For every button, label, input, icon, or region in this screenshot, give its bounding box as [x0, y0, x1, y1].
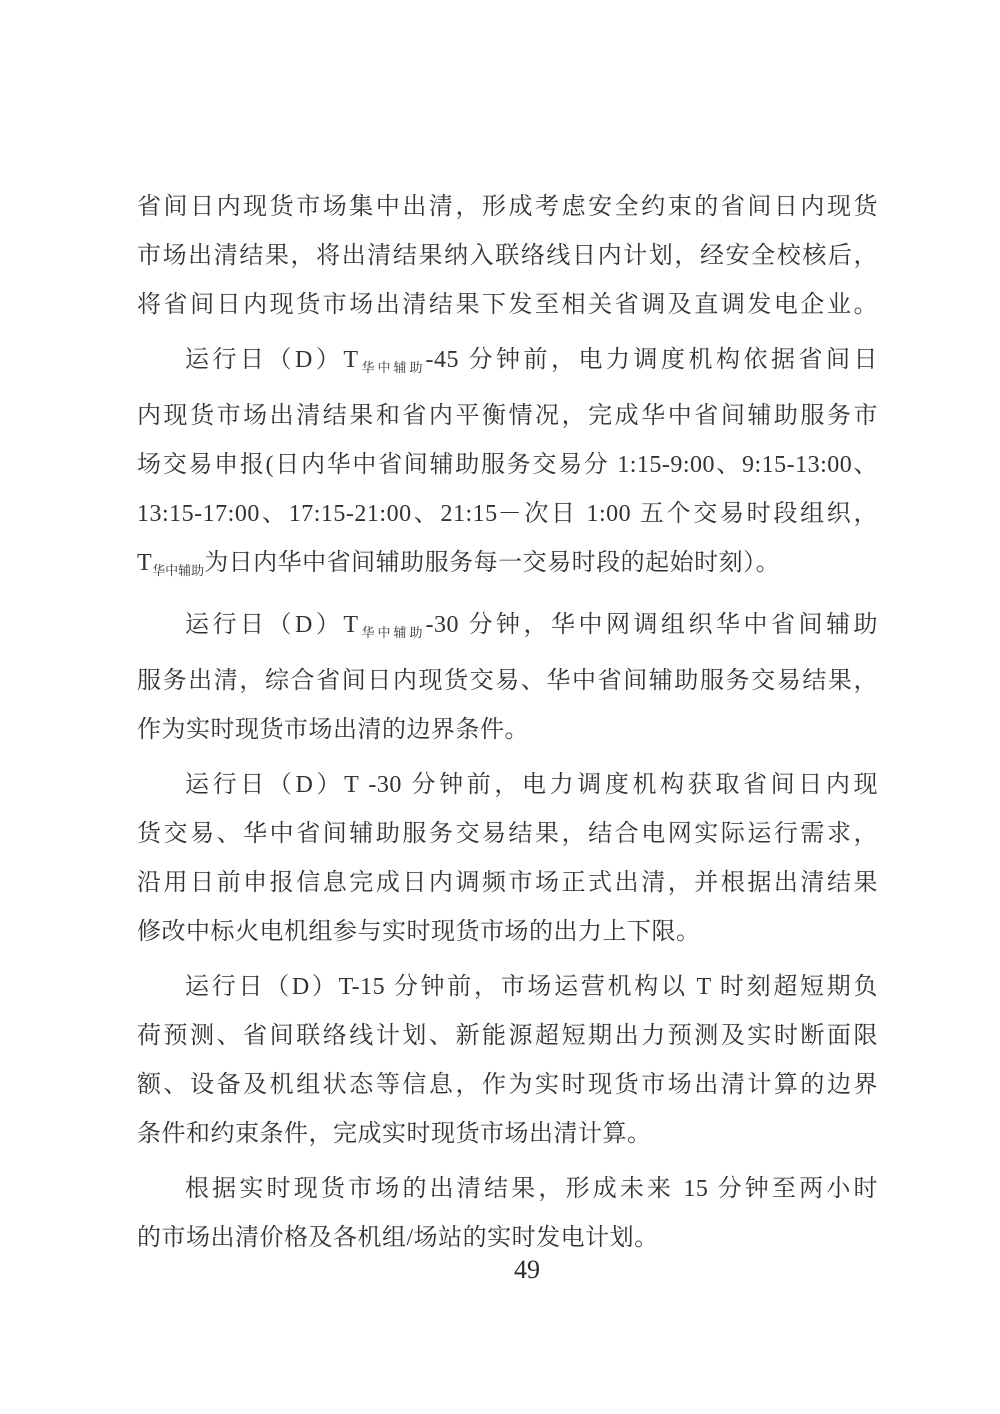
text-line: 沿用日前申报信息完成日内调频市场正式出清，并根据出清结果 [137, 859, 878, 908]
text-line: 运行日（D）T华中辅助-45 分钟前，电力调度机构依据省间日 [137, 336, 878, 392]
text-line: 运行日（D）T华中辅助-30 分钟，华中网调组织华中省间辅助 [137, 601, 878, 657]
text-line: 修改中标火电机组参与实时现货市场的出力上下限。 [137, 908, 878, 957]
document-page: 省间日内现货市场集中出清，形成考虑安全约束的省间日内现货 市场出清结果，将出清结… [0, 0, 1000, 1414]
subscript-text: 华中辅助 [152, 563, 204, 578]
text-line: 市场出清结果，将出清结果纳入联络线日内计划，经安全校核后， [137, 232, 878, 281]
text-line: 将省间日内现货市场出清结果下发至相关省调及直调发电企业。 [137, 281, 878, 330]
text-run: 运行日（D）T [185, 347, 359, 373]
text-line: 运行日（D）T-15 分钟前，市场运营机构以 T 时刻超短期负 [137, 963, 878, 1012]
text-line: 荷预测、省间联络线计划、新能源超短期出力预测及实时断面限 [137, 1012, 878, 1061]
text-line: 货交易、华中省间辅助服务交易结果，结合电网实际运行需求， [137, 810, 878, 859]
text-line: T华中辅助为日内华中省间辅助服务每一交易时段的起始时刻）。 [137, 539, 878, 595]
text-block: 省间日内现货市场集中出清，形成考虑安全约束的省间日内现货 市场出清结果，将出清结… [137, 183, 878, 1269]
text-run: -30 分钟，华中网调组织华中省间辅助 [426, 612, 878, 638]
text-line: 运行日（D）T -30 分钟前，电力调度机构获取省间日内现 [137, 761, 878, 810]
text-line: 额、设备及机组状态等信息，作为实时现货市场出清计算的边界 [137, 1061, 878, 1110]
text-line: 服务出清，综合省间日内现货交易、华中省间辅助服务交易结果， [137, 657, 878, 706]
text-run: 运行日（D）T [185, 612, 359, 638]
page-number: 49 [0, 1250, 1000, 1290]
paragraph: 运行日（D）T -30 分钟前，电力调度机构获取省间日内现 货交易、华中省间辅助… [137, 761, 878, 957]
text-line: 条件和约束条件，完成实时现货市场出清计算。 [137, 1110, 878, 1159]
text-run: 为日内华中省间辅助服务每一交易时段的起始时刻）。 [204, 550, 780, 576]
text-line: 内现货市场出清结果和省内平衡情况，完成华中省间辅助服务市 [137, 392, 878, 441]
paragraph: 根据实时现货市场的出清结果，形成未来 15 分钟至两小时 的市场出清价格及各机组… [137, 1165, 878, 1263]
text-line: 场交易申报(日内华中省间辅助服务交易分 1:15-9:00、9:15-13:00… [137, 441, 878, 490]
text-run: -45 分钟前，电力调度机构依据省间日 [426, 347, 878, 373]
paragraph: 运行日（D）T华中辅助-30 分钟，华中网调组织华中省间辅助 服务出清，综合省间… [137, 601, 878, 755]
text-run: T [137, 550, 152, 576]
subscript-text: 华中辅助 [359, 625, 426, 640]
text-line: 省间日内现货市场集中出清，形成考虑安全约束的省间日内现货 [137, 183, 878, 232]
subscript-text: 华中辅助 [359, 360, 426, 375]
paragraph: 省间日内现货市场集中出清，形成考虑安全约束的省间日内现货 市场出清结果，将出清结… [137, 183, 878, 330]
text-line: 作为实时现货市场出清的边界条件。 [137, 706, 878, 755]
paragraph: 运行日（D）T-15 分钟前，市场运营机构以 T 时刻超短期负 荷预测、省间联络… [137, 963, 878, 1159]
text-line: 根据实时现货市场的出清结果，形成未来 15 分钟至两小时 [137, 1165, 878, 1214]
paragraph: 运行日（D）T华中辅助-45 分钟前，电力调度机构依据省间日 内现货市场出清结果… [137, 336, 878, 595]
text-line: 13:15-17:00、17:15-21:00、21:15－次日 1:00 五个… [137, 490, 878, 539]
